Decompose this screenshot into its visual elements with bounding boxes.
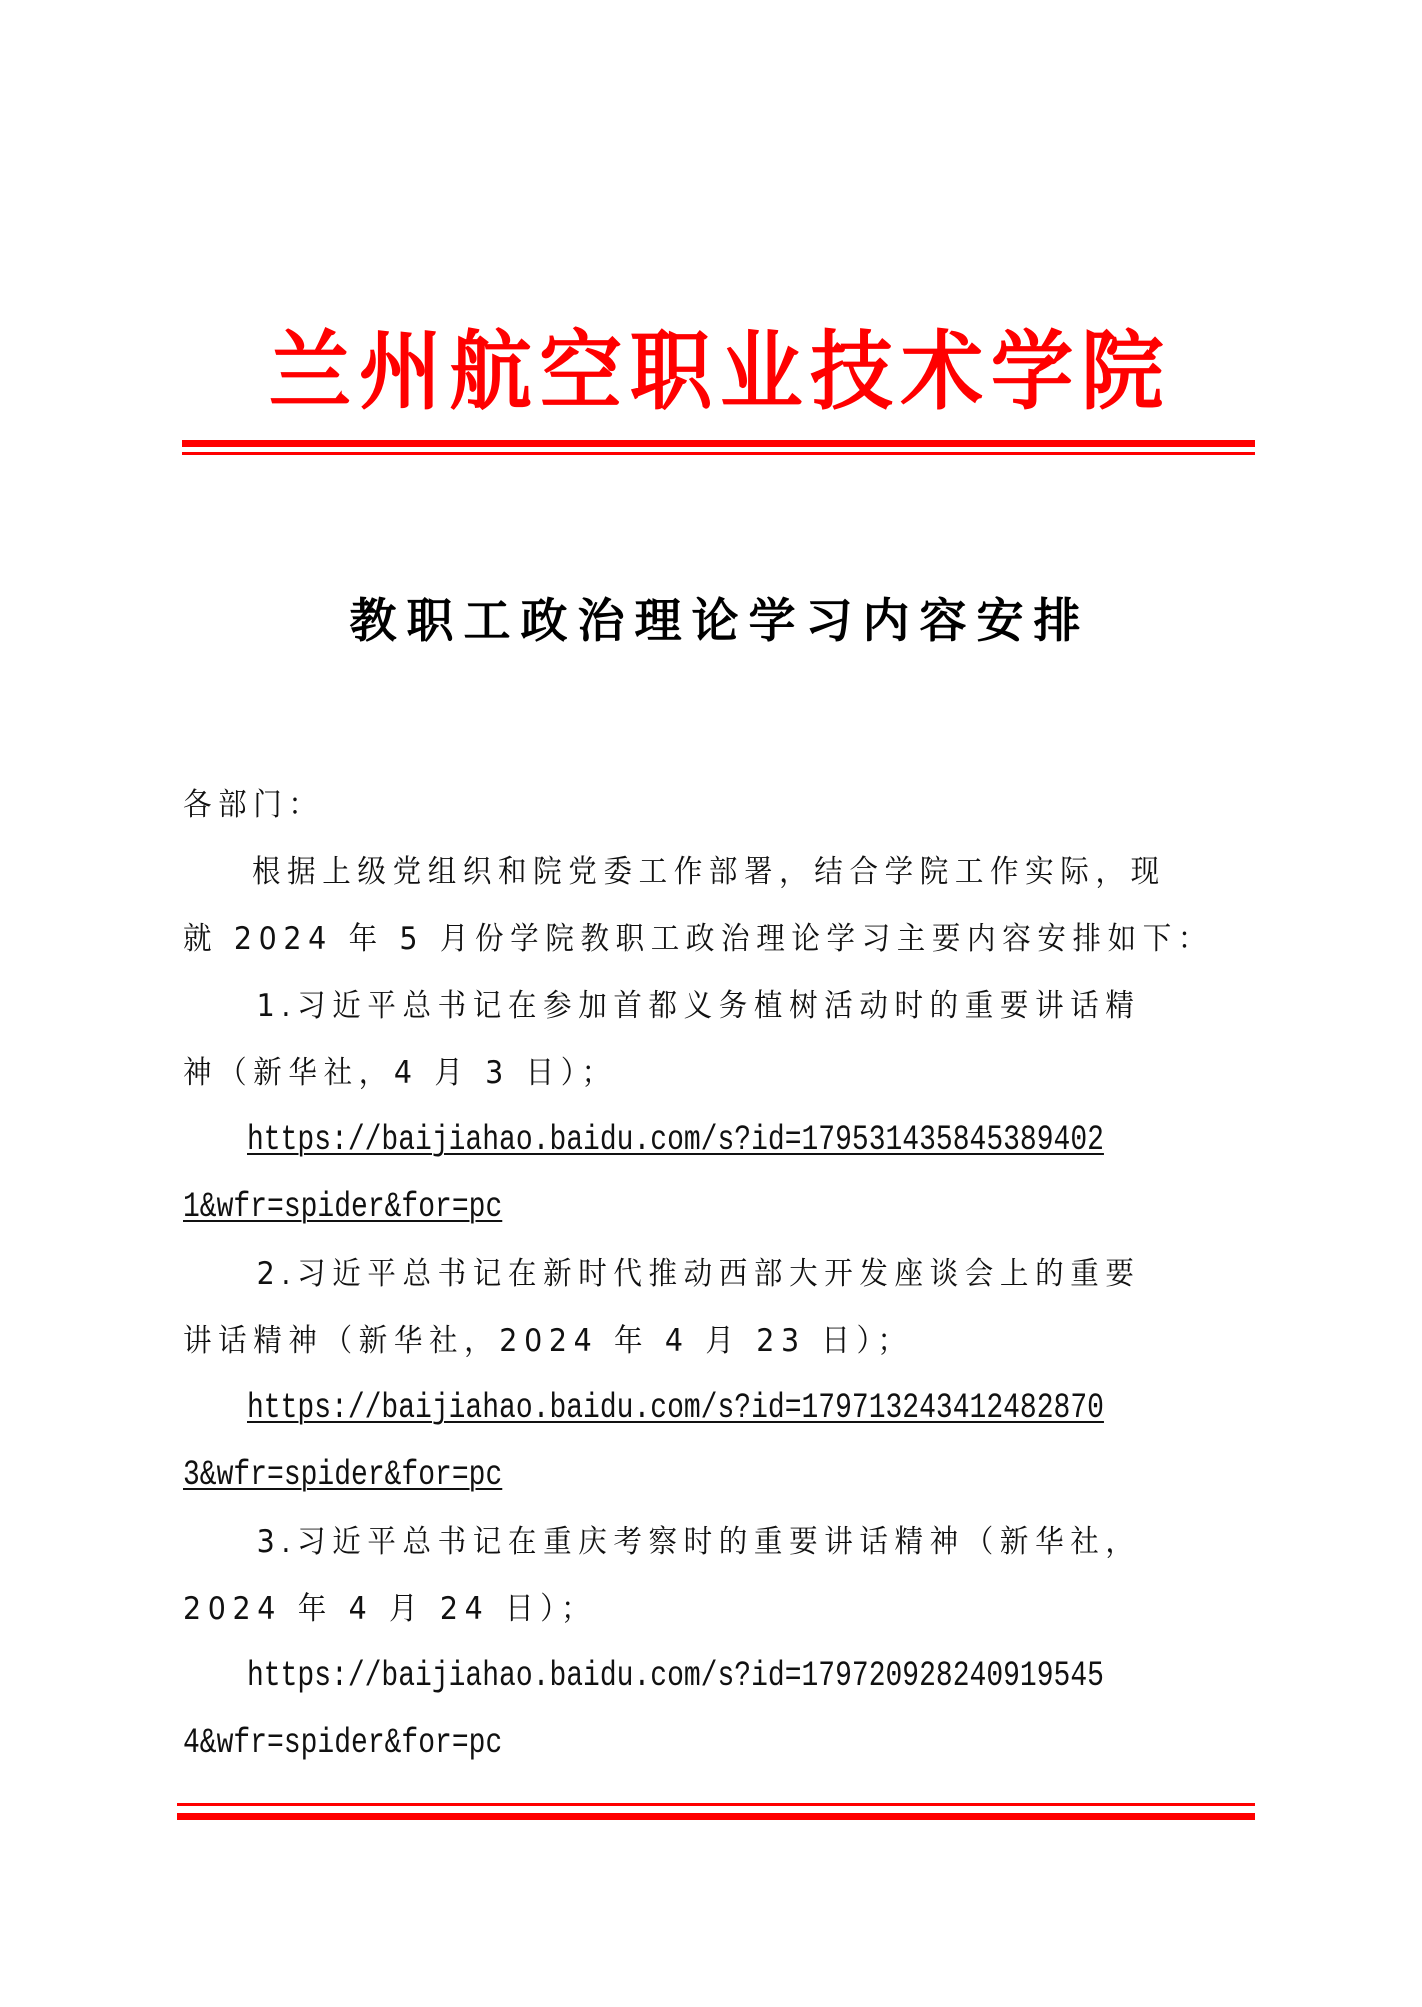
footer-divider-thin: [177, 1803, 1255, 1806]
item-2-link-line-1[interactable]: https://baijiahao.baidu.com/s?id=1797132…: [247, 1388, 1104, 1428]
document-page: 兰州航空职业技术学院 教职工政治理论学习内容安排 各部门： 根据上级党组织和院党…: [0, 0, 1422, 2007]
item-3-url-continued: 4&wfr=spider&for=pc: [183, 1710, 1047, 1777]
item-3-url-line-2: 4&wfr=spider&for=pc: [183, 1723, 502, 1763]
item-2-link-line-2[interactable]: 3&wfr=spider&for=pc: [183, 1455, 502, 1495]
header-divider-thick: [182, 440, 1255, 447]
document-title: 教职工政治理论学习内容安排: [180, 592, 1260, 652]
item-2-line-1: 2.习近平总书记在新时代推动西部大开发座谈会上的重要: [183, 1241, 1177, 1308]
salutation: 各部门：: [183, 772, 1177, 839]
item-1-line-2: 神（新华社，4 月 3 日）；: [183, 1040, 1177, 1107]
item-2-link[interactable]: https://baijiahao.baidu.com/s?id=1797132…: [183, 1375, 1047, 1442]
document-body: 各部门： 根据上级党组织和院党委工作部署，结合学院工作实际，现 就 2024 年…: [183, 772, 1263, 1777]
header-divider-thin: [182, 452, 1255, 455]
item-2-link-continued[interactable]: 3&wfr=spider&for=pc: [183, 1442, 1047, 1509]
item-3-url: https://baijiahao.baidu.com/s?id=1797209…: [183, 1643, 1047, 1710]
item-1-link-line-1[interactable]: https://baijiahao.baidu.com/s?id=1795314…: [247, 1120, 1104, 1160]
item-1-link[interactable]: https://baijiahao.baidu.com/s?id=1795314…: [183, 1107, 1047, 1174]
item-1-link-line-2[interactable]: 1&wfr=spider&for=pc: [183, 1187, 502, 1227]
item-3-line-1: 3.习近平总书记在重庆考察时的重要讲话精神（新华社，: [183, 1509, 1177, 1576]
item-1-line-1: 1.习近平总书记在参加首都义务植树活动时的重要讲话精: [183, 973, 1177, 1040]
item-3-url-line-1: https://baijiahao.baidu.com/s?id=1797209…: [247, 1656, 1104, 1696]
intro-paragraph-line-2: 就 2024 年 5 月份学院教职工政治理论学习主要内容安排如下：: [183, 906, 1177, 973]
footer-divider-thick: [177, 1813, 1255, 1820]
intro-paragraph-line-1: 根据上级党组织和院党委工作部署，结合学院工作实际，现: [183, 839, 1177, 906]
item-3-line-2: 2024 年 4 月 24 日）；: [183, 1576, 1177, 1643]
item-2-line-2: 讲话精神（新华社，2024 年 4 月 23 日）；: [183, 1308, 1177, 1375]
organization-header: 兰州航空职业技术学院: [202, 322, 1239, 422]
item-1-link-continued[interactable]: 1&wfr=spider&for=pc: [183, 1174, 1047, 1241]
